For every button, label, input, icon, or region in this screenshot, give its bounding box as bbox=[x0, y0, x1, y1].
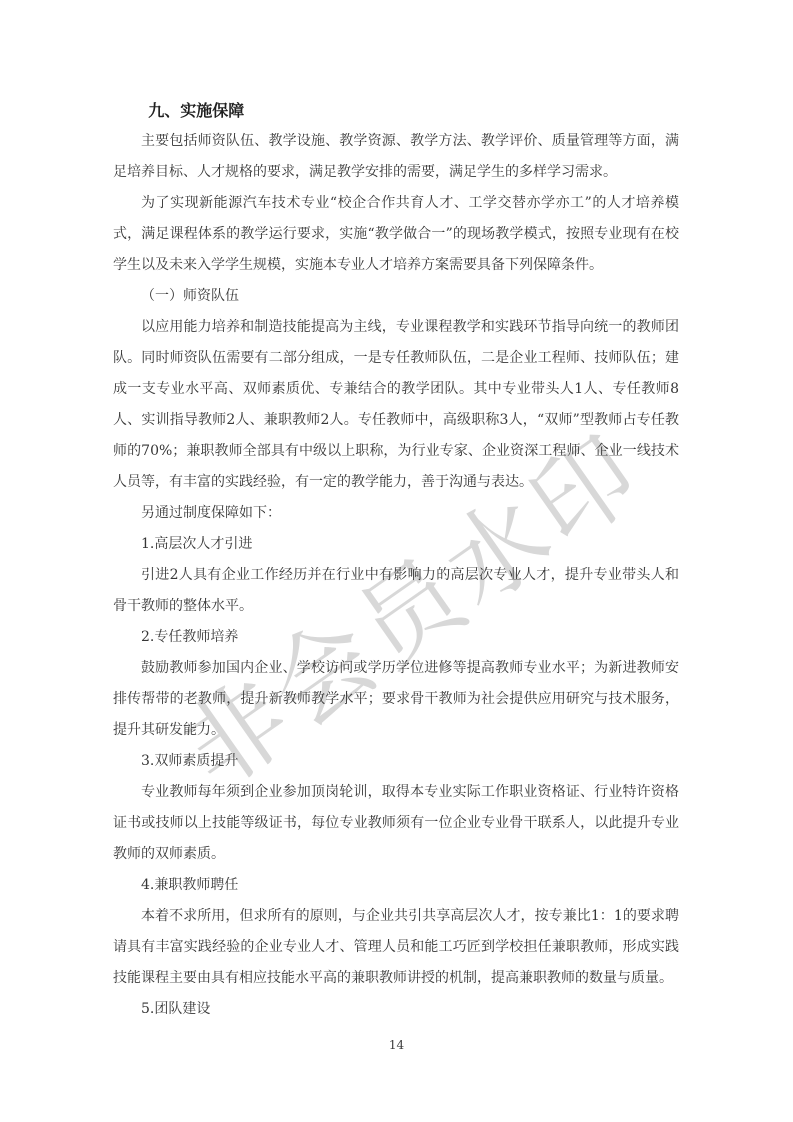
item-heading: 3.双师素质提升 bbox=[113, 746, 679, 777]
body-paragraph: 另通过制度保障如下： bbox=[113, 498, 679, 529]
body-paragraph: 专业教师每年须到企业参加顶岗轮训，取得本专业实际工作职业资格证、行业特许资格证书… bbox=[113, 777, 679, 870]
item-heading: 2.专任教师培养 bbox=[113, 622, 679, 653]
body-paragraph: 鼓励教师参加国内企业、学校访问或学历学位进修等提高教师专业水平；为新进教师安排传… bbox=[113, 653, 679, 746]
body-paragraph: 本着不求所用，但求所有的原则，与企业共引共享高层次人才，按专兼比1：1的要求聘请… bbox=[113, 901, 679, 994]
item-heading: 5.团队建设 bbox=[113, 994, 679, 1025]
section-heading: 九、实施保障 bbox=[113, 95, 679, 126]
item-heading: 1.高层次人才引进 bbox=[113, 529, 679, 560]
document-page: 非会员水印 九、实施保障 主要包括师资队伍、教学设施、教学资源、教学方法、教学评… bbox=[0, 0, 793, 1122]
body-paragraph: 引进2人具有企业工作经历并在行业中有影响力的高层次专业人才，提升专业带头人和骨干… bbox=[113, 560, 679, 622]
document-body: 九、实施保障 主要包括师资队伍、教学设施、教学资源、教学方法、教学评价、质量管理… bbox=[113, 95, 679, 1025]
body-paragraph: 以应用能力培养和制造技能提高为主线，专业课程教学和实践环节指导向统一的教师团队。… bbox=[113, 312, 679, 498]
subsection-heading: （一）师资队伍 bbox=[113, 281, 679, 312]
body-paragraph: 主要包括师资队伍、教学设施、教学资源、教学方法、教学评价、质量管理等方面，满足培… bbox=[113, 126, 679, 188]
item-heading: 4.兼职教师聘任 bbox=[113, 870, 679, 901]
page-number: 14 bbox=[0, 1038, 793, 1052]
body-paragraph: 为了实现新能源汽车技术专业“校企合作共育人才、工学交替亦学亦工”的人才培养模式，… bbox=[113, 188, 679, 281]
